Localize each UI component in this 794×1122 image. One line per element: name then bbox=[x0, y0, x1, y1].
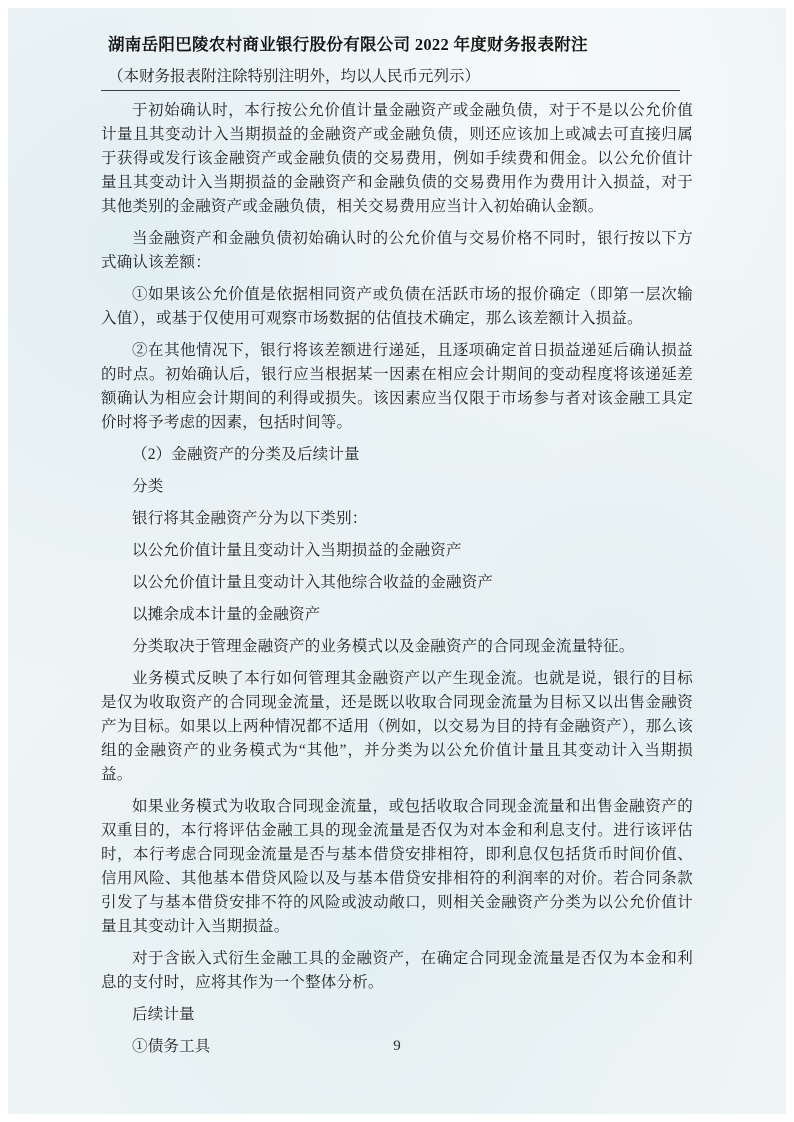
document-header: 湖南岳阳巴陵农村商业银行股份有限公司 2022 年度财务报表附注 （本财务报表附… bbox=[101, 34, 680, 91]
para-categories-intro: 银行将其金融资产分为以下类别： bbox=[101, 507, 693, 531]
item-fvoci-assets: 以公允价值计量且变动计入其他综合收益的金融资产 bbox=[101, 571, 693, 595]
item-amortized-cost-assets: 以摊余成本计量的金融资产 bbox=[101, 603, 693, 627]
document-body: 于初始确认时，本行按公允价值计量金融资产或金融负债，对于不是以公允价值计量且其变… bbox=[101, 99, 693, 1059]
document-subtitle: （本财务报表附注除特别注明外，均以人民币元列示） bbox=[108, 66, 680, 87]
para-fair-value-vs-price: 当金融资产和金融负债初始确认时的公允价值与交易价格不同时，银行按以下方式确认该差… bbox=[101, 227, 693, 275]
para-embedded-derivatives: 对于含嵌入式衍生金融工具的金融资产，在确定合同现金流量是否仅为本金和利息的支付时… bbox=[101, 947, 693, 995]
label-classification: 分类 bbox=[101, 475, 693, 499]
para-difference-case-1: ①如果该公允价值是依据相同资产或负债在活跃市场的报价确定（即第一层次输入值），或… bbox=[101, 283, 693, 331]
label-subsequent-measurement: 后续计量 bbox=[101, 1003, 693, 1027]
document-title: 湖南岳阳巴陵农村商业银行股份有限公司 2022 年度财务报表附注 bbox=[108, 34, 680, 56]
document-page: 湖南岳阳巴陵农村商业银行股份有限公司 2022 年度财务报表附注 （本财务报表附… bbox=[0, 0, 794, 1122]
page-footer: 9 bbox=[8, 1036, 786, 1056]
para-initial-measurement: 于初始确认时，本行按公允价值计量金融资产或金融负债，对于不是以公允价值计量且其变… bbox=[101, 99, 693, 219]
page-number: 9 bbox=[393, 1038, 401, 1054]
para-classification-basis: 分类取决于管理金融资产的业务模式以及金融资产的合同现金流量特征。 bbox=[101, 635, 693, 659]
scanned-page-background: 湖南岳阳巴陵农村商业银行股份有限公司 2022 年度财务报表附注 （本财务报表附… bbox=[8, 8, 786, 1114]
item-fvtpl-assets: 以公允价值计量且变动计入当期损益的金融资产 bbox=[101, 539, 693, 563]
para-difference-case-2: ②在其他情况下，银行将该差额进行递延，且逐项确定首日损益递延后确认损益的时点。初… bbox=[101, 339, 693, 435]
heading-classification-and-subsequent-measurement: （2）金融资产的分类及后续计量 bbox=[101, 443, 693, 467]
document-content: 湖南岳阳巴陵农村商业银行股份有限公司 2022 年度财务报表附注 （本财务报表附… bbox=[8, 8, 786, 1114]
para-cash-flow-assessment: 如果业务模式为收取合同现金流量，或包括收取合同现金流量和出售金融资产的双重目的，… bbox=[101, 795, 693, 939]
para-business-model: 业务模式反映了本行如何管理其金融资产以产生现金流。也就是说，银行的目标是仅为收取… bbox=[101, 667, 693, 787]
